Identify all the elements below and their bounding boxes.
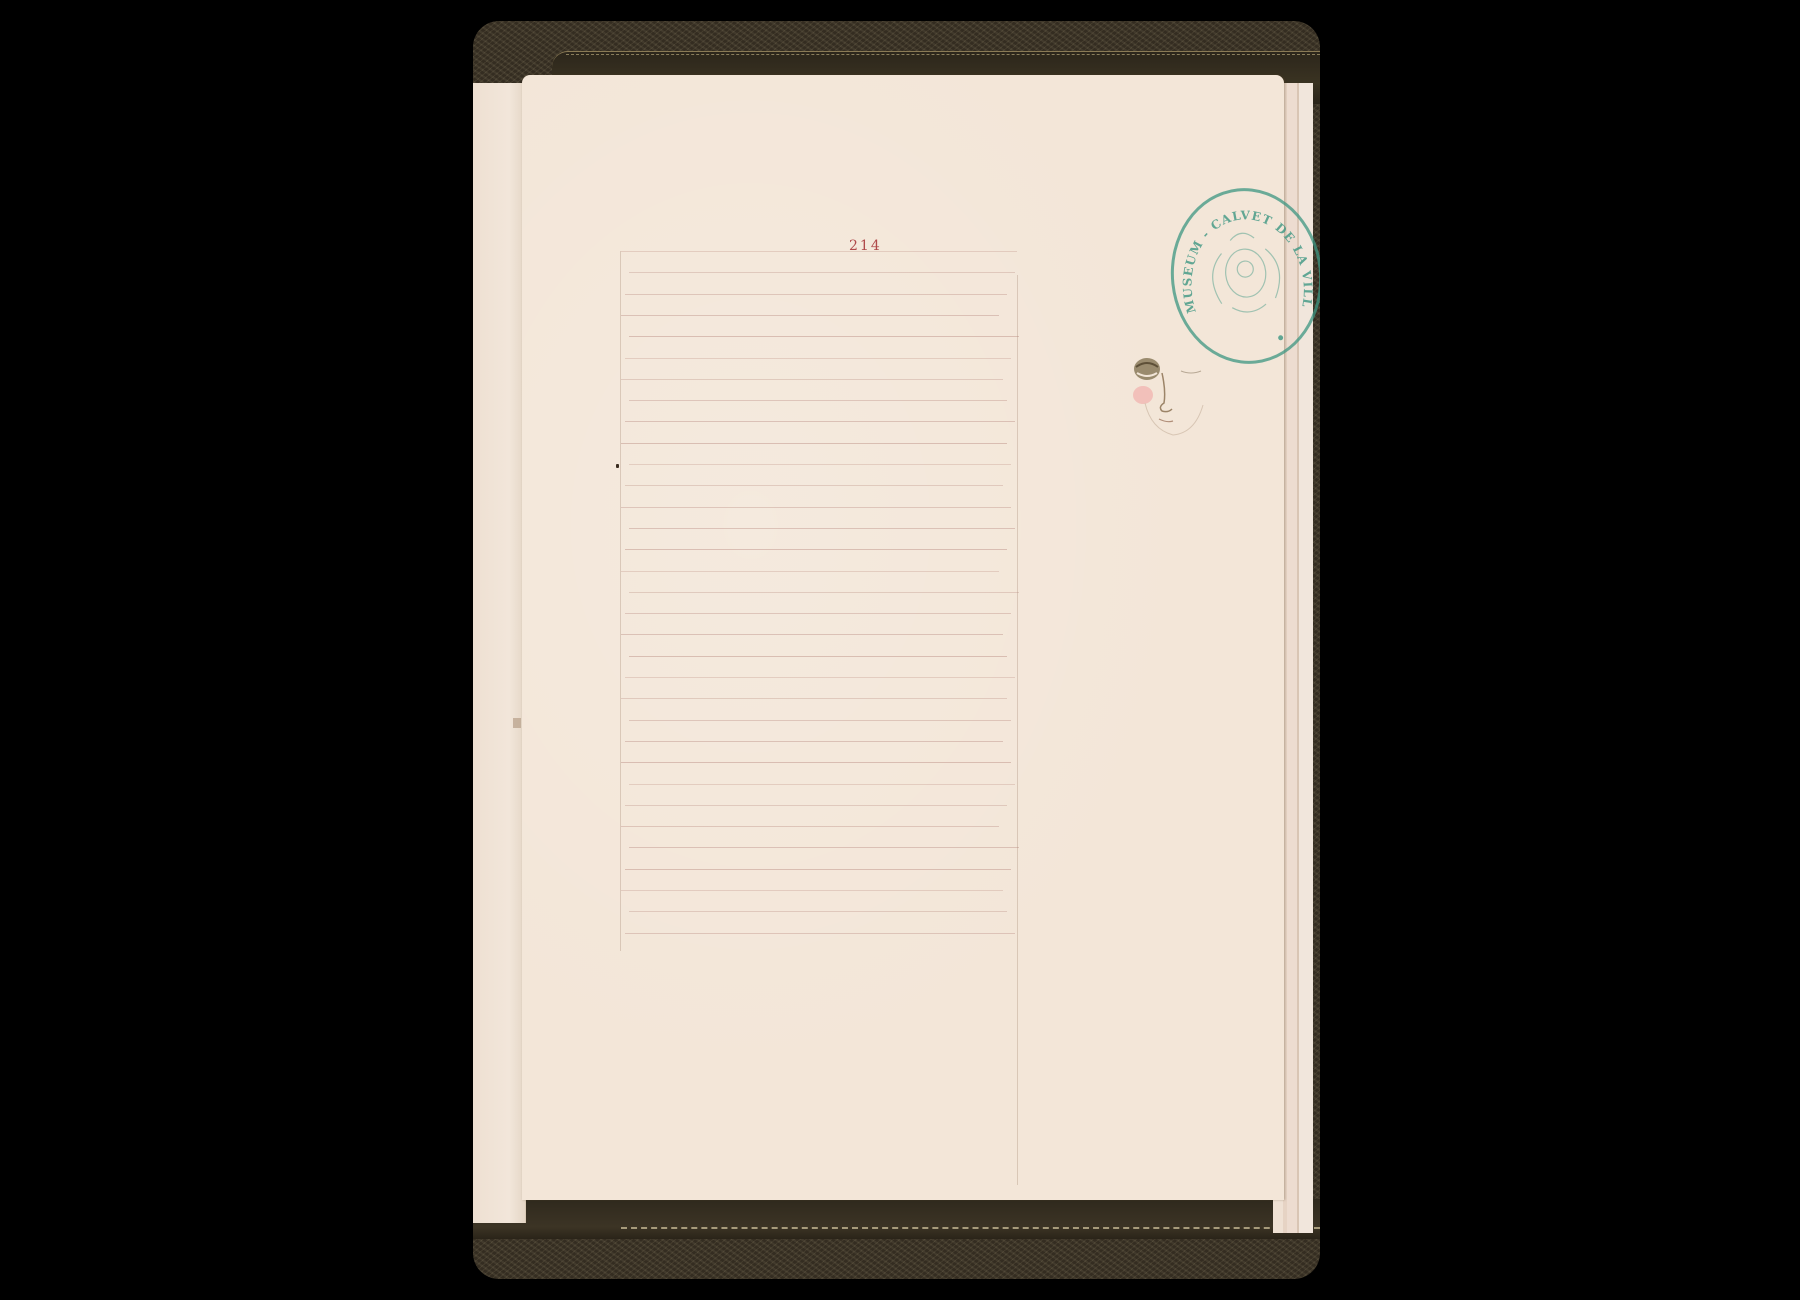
binding-bottom-band [473,1199,1320,1239]
tab-mark [513,718,521,728]
stitching [566,54,1320,56]
book-binding: 214 MUSEUM - CALVET DE LA VILLE D'AVIGNO… [473,21,1320,1279]
ruled-line [621,315,999,316]
ruled-line [625,294,1007,295]
ruled-line [629,400,1007,401]
ink-dot [616,464,619,468]
ruled-line [629,911,1007,912]
ruled-line [625,613,1011,614]
stamp-seal-icon: MUSEUM - CALVET DE LA VILLE D'AVIGNON [1166,184,1320,368]
manuscript-page: 214 MUSEUM - CALVET DE LA VILLE D'AVIGNO… [522,75,1284,1200]
ruled-line [625,933,1015,934]
ruled-line [629,464,1011,465]
ruled-line [625,549,1007,550]
stamp-text: MUSEUM - CALVET DE LA VILLE D'AVIGNON [1166,184,1318,324]
ruled-line [621,571,999,572]
face-illustration-icon [1129,343,1209,439]
ruled-line [625,677,1015,678]
ruled-line [621,762,1011,763]
ruled-line [629,528,1015,529]
ruled-line [629,656,1007,657]
ruled-line [621,634,1003,635]
ruled-line [621,826,999,827]
ruled-line [621,443,1007,444]
ruled-line [625,358,1011,359]
stitching [621,1227,1320,1230]
flyleaf [473,83,526,1223]
ruled-line [621,698,1007,699]
ruled-line [625,869,1011,870]
ruled-grid [620,251,1017,951]
ruled-line [621,251,1017,252]
face-sketch [1129,343,1209,439]
ruled-line [629,336,1019,337]
ruled-line [629,784,1015,785]
ruled-line [625,421,1015,422]
ruled-line [621,379,1003,380]
ruled-line [625,485,1003,486]
ruled-line [629,847,1019,848]
svg-text:MUSEUM - CALVET DE LA VILLE D': MUSEUM - CALVET DE LA VILLE D'AVIGNON [1166,184,1318,324]
ruled-line [629,592,1019,593]
ruled-line [621,507,1011,508]
ruled-line [625,741,1003,742]
ruled-line [621,890,1003,891]
ruled-line [625,805,1007,806]
column-divider [1017,275,1018,1185]
ruled-line [629,272,1015,273]
ruled-line [629,720,1011,721]
